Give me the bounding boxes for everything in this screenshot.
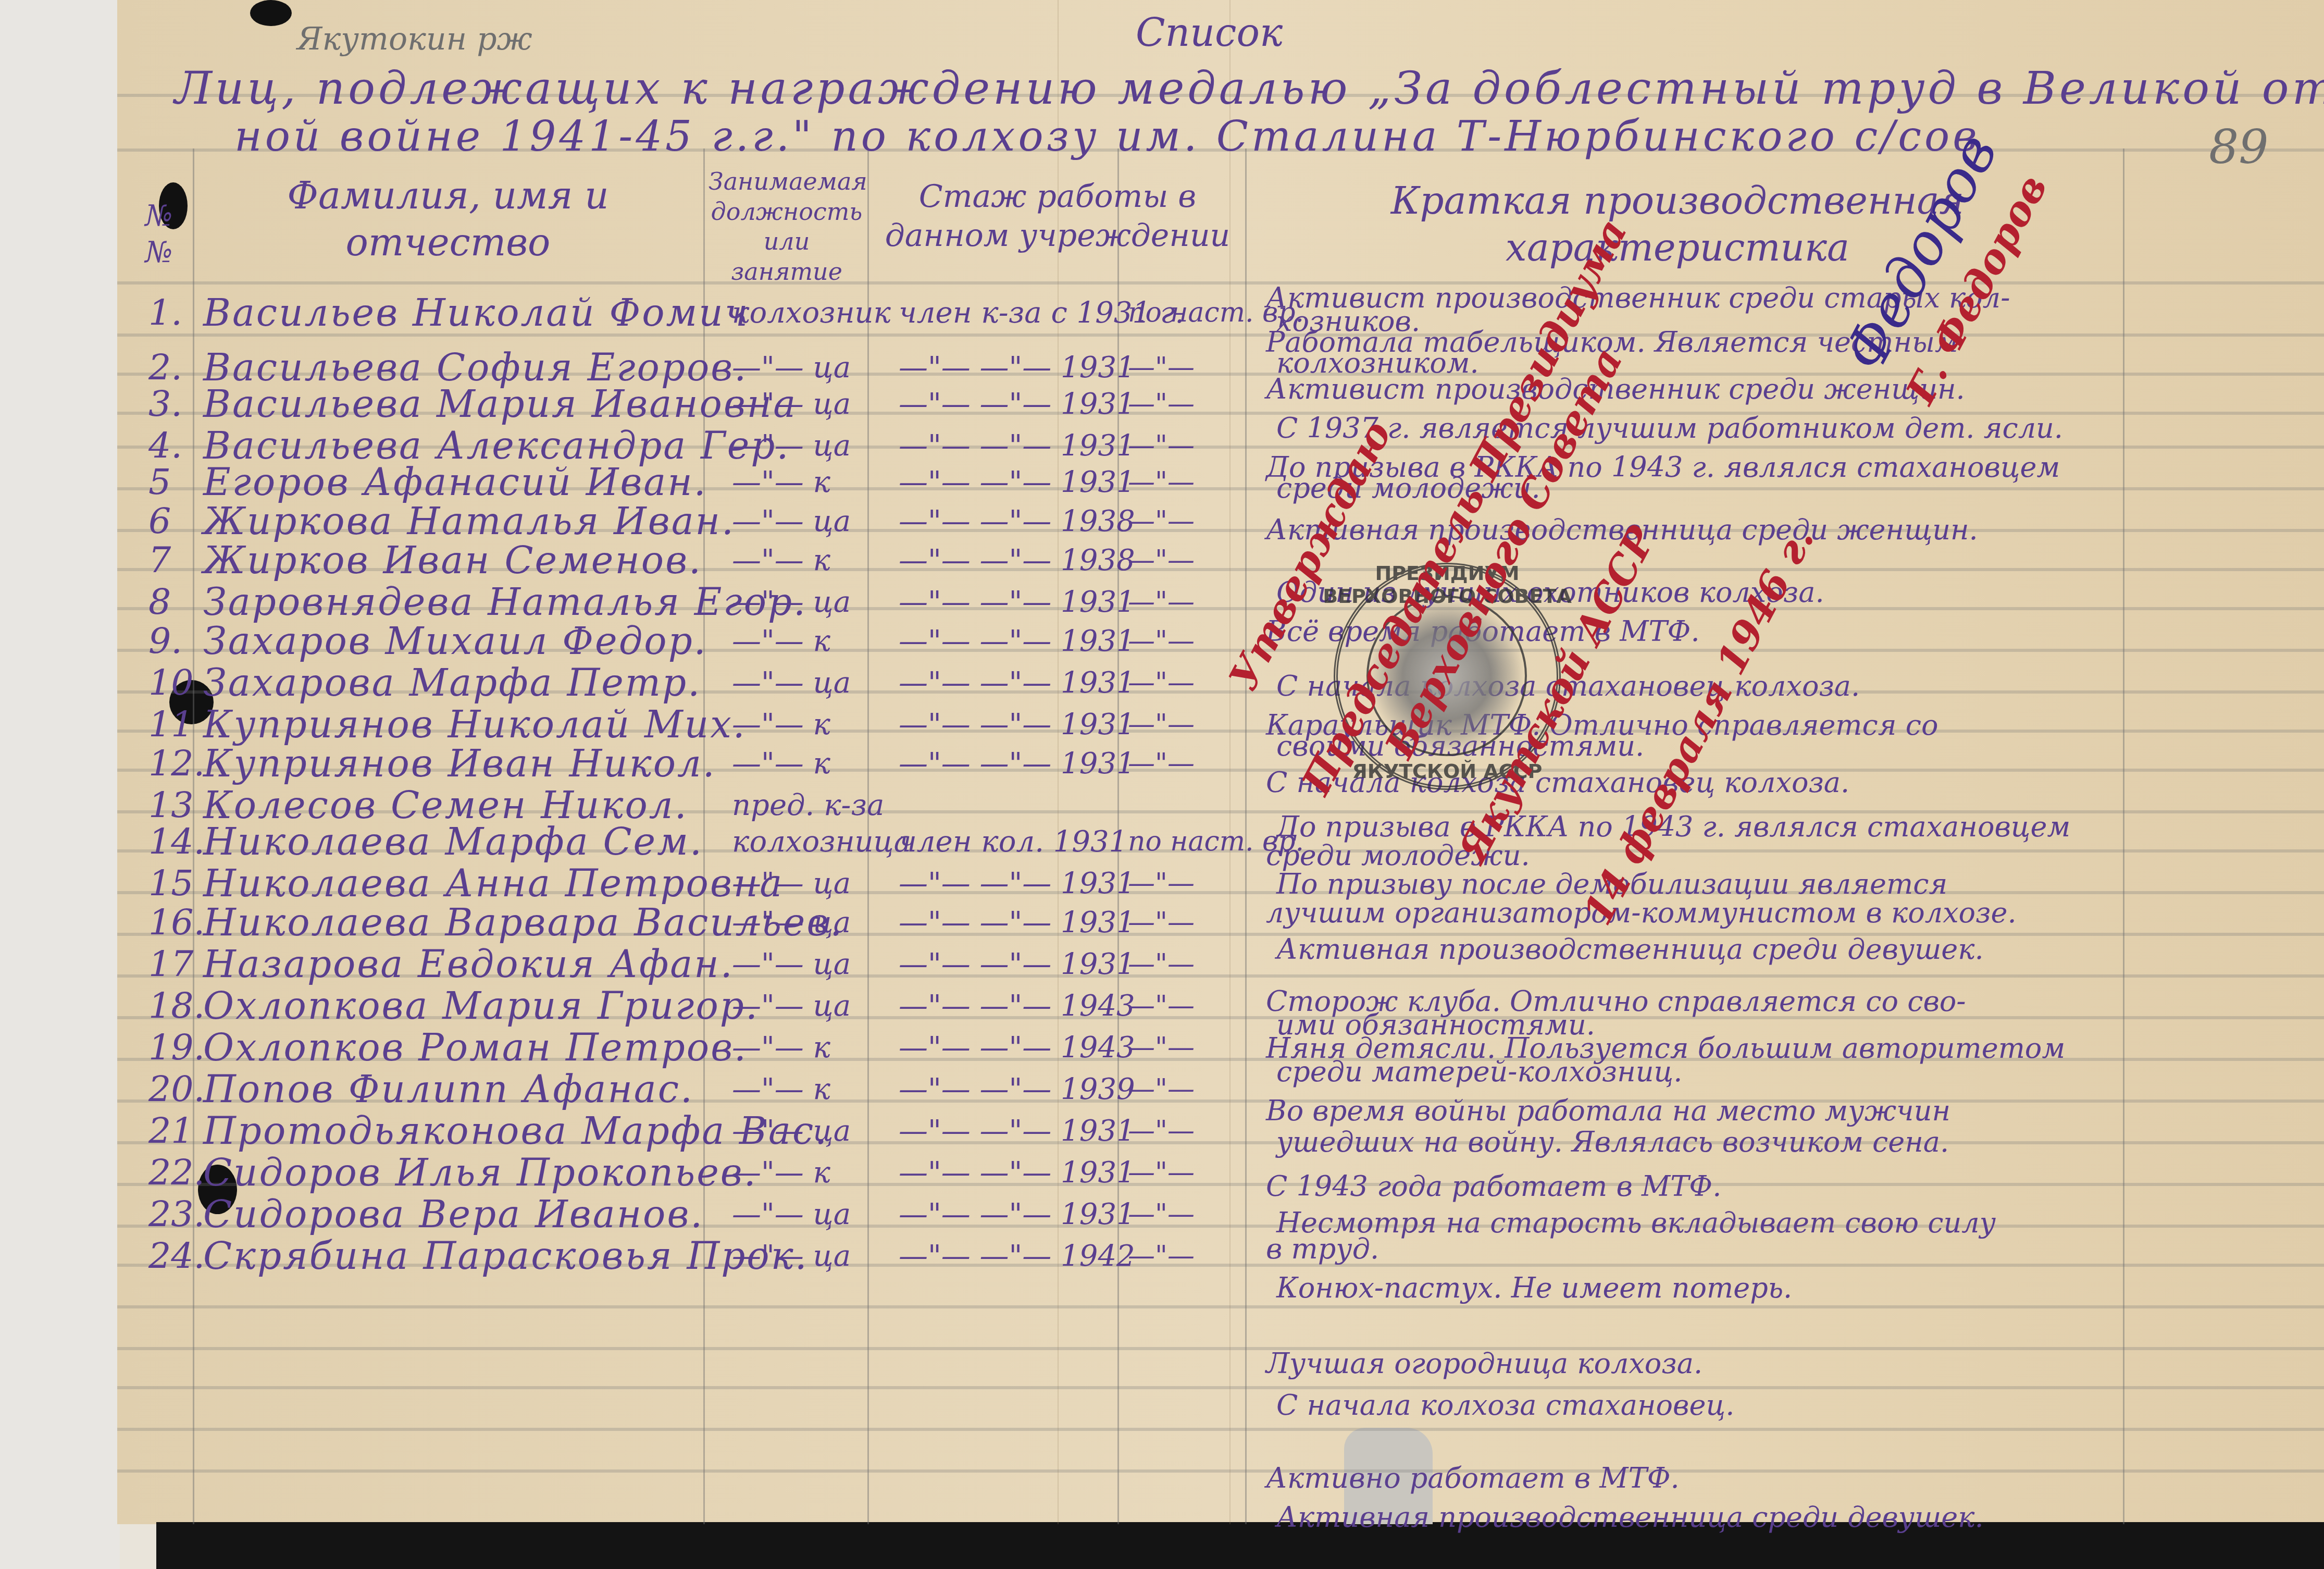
heading-line-2: ной войне 1941-45 г.г." по колхозу им. С… [234, 112, 1980, 160]
scan-bottom-edge [156, 1522, 2324, 1569]
position-cell: —"— ца [732, 1227, 904, 1284]
characteristic-line: Лучшая огородница колхоза. [1266, 1347, 1702, 1380]
person-name: Скрябина Парасковья Прок. [203, 1227, 776, 1284]
characteristic-line: Активная производственница среди девушек… [1276, 1501, 1984, 1534]
since-cell: —"— —"— 1942 [899, 1227, 1128, 1284]
heading-line-1: Лиц, подлежащих к награждению медалью „З… [175, 63, 2324, 115]
punch-hole [250, 0, 292, 26]
column-header-position: Занимаемая должность или занятие [709, 167, 865, 287]
person-name: Васильев Николай Фомич [203, 284, 776, 341]
characteristic-line: в труд. [1266, 1232, 1379, 1265]
column-header-no: № № [130, 198, 188, 271]
until-cell: —"— [1128, 1227, 1237, 1284]
characteristic-line: Во время войны работала на место мужчин [1266, 1094, 1950, 1127]
characteristic-line: С начала колхоза стахановец. [1276, 1389, 1734, 1422]
until-cell: по наст. вр. [1128, 284, 1237, 341]
column-header-name: Фамилия, имя и отчество [219, 172, 677, 266]
row-number: 1. [148, 284, 201, 341]
characteristic-line: Активная производственница среди девушек… [1276, 933, 1984, 966]
characteristic-line: С 1943 года работает в МТФ. [1266, 1170, 1721, 1203]
characteristic-line: Несмотря на старость вкладывает свою сил… [1276, 1206, 1996, 1239]
characteristic-line: ушедших на войну. Являлась возчиком сена… [1276, 1126, 1949, 1158]
page-number: 89 [2209, 120, 2269, 175]
column-header-since: Стаж работы в данном учреждении [875, 177, 1240, 255]
margin-note: Якутокин рж [297, 21, 532, 57]
characteristic-line: Активно работает в МТФ. [1266, 1462, 1680, 1494]
row-number: 24. [148, 1227, 201, 1284]
scan-background [0, 0, 120, 1569]
characteristic-line: среди матерей-колхозниц. [1276, 1055, 1682, 1088]
document-title: Список [1136, 10, 1283, 55]
since-cell: член к-за с 1931 г. [899, 284, 1128, 341]
characteristic-line: Конюх-пастух. Не имеет потерь. [1276, 1271, 1792, 1304]
position-cell: колхозник [732, 284, 904, 341]
characteristic-line: лучшим организатором-коммунистом в колхо… [1266, 896, 2017, 929]
